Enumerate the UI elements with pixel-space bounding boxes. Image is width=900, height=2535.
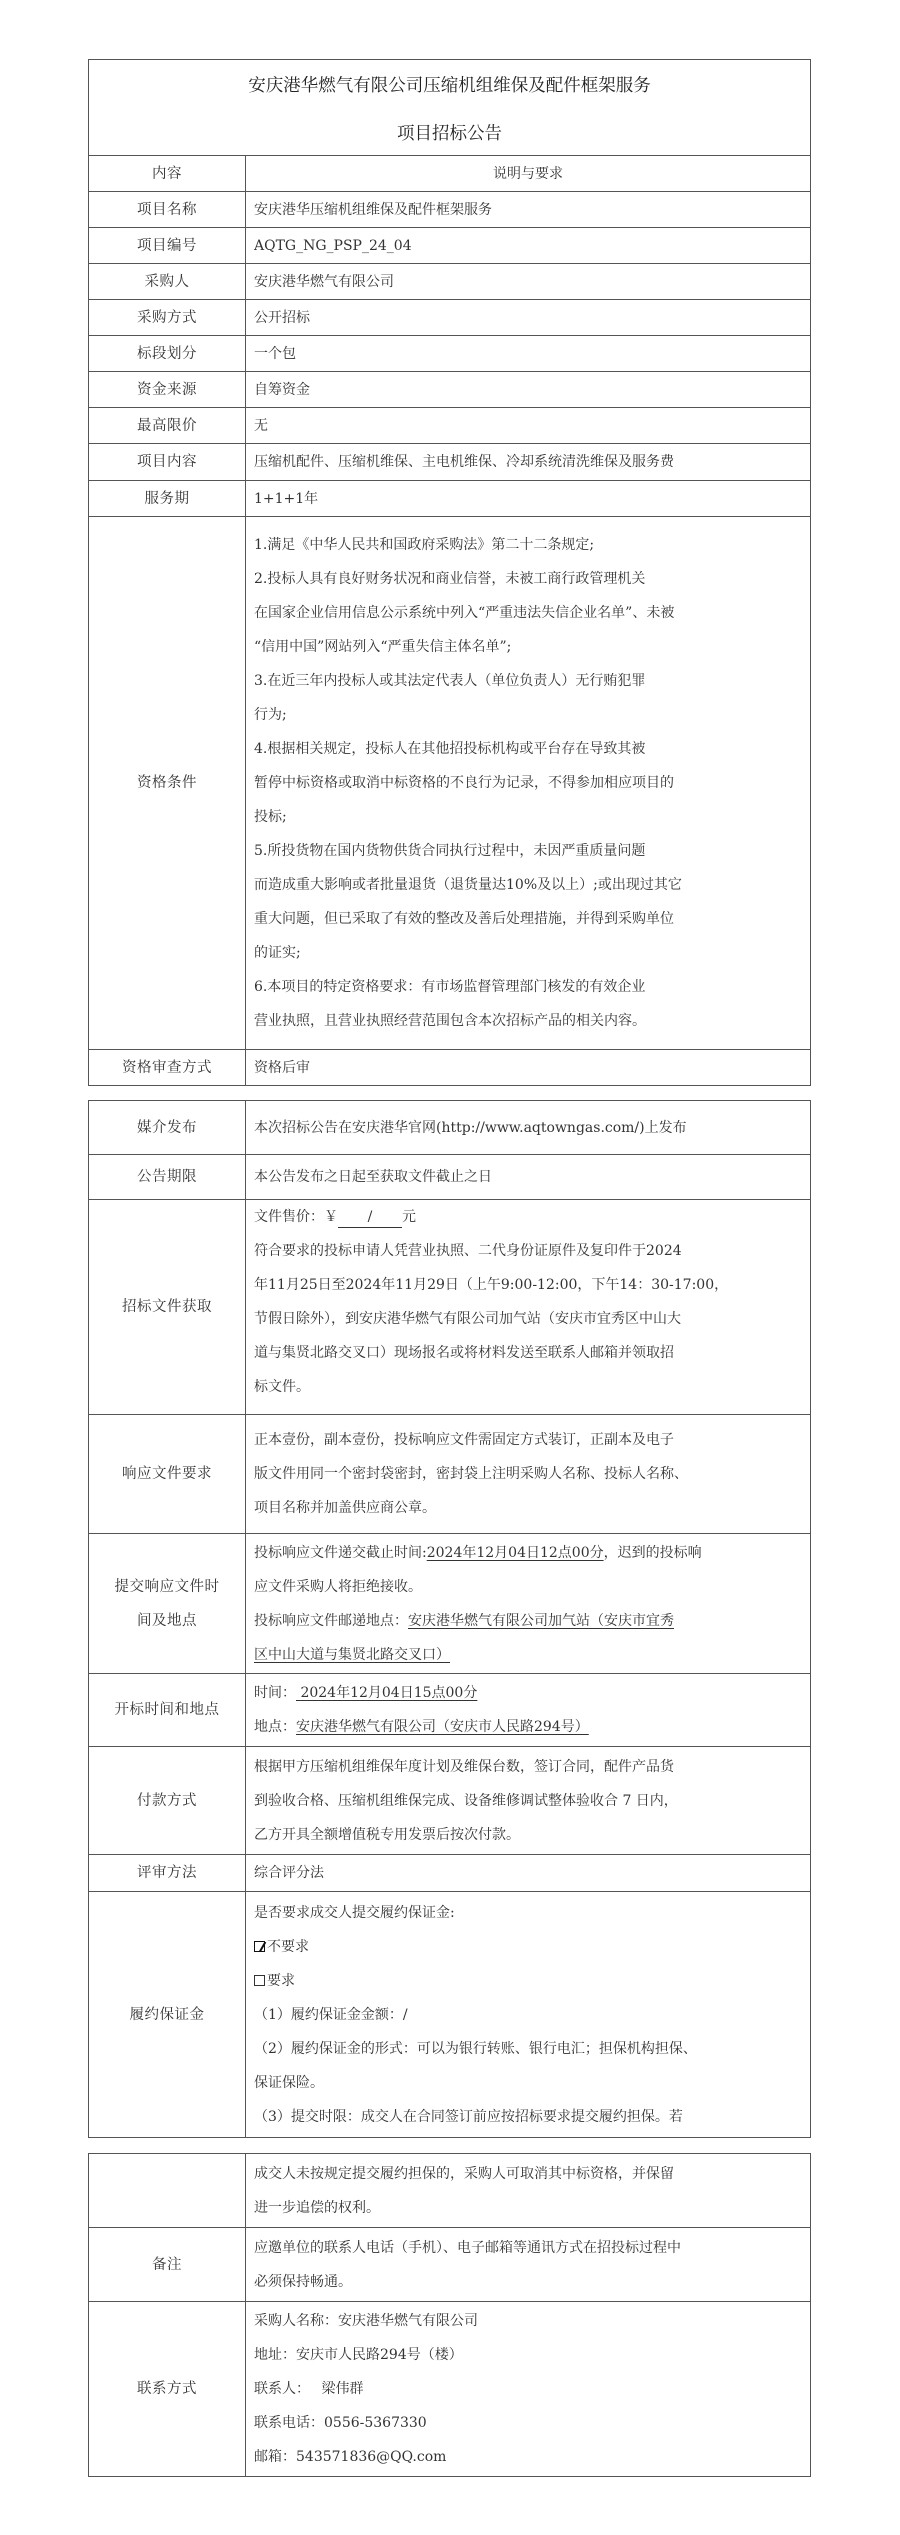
- price-blank: /: [338, 1207, 402, 1228]
- row-label: [89, 2154, 246, 2227]
- opening-time: 2024年12月04日15点00分: [296, 1685, 477, 1701]
- row-label: 采购人: [89, 264, 246, 299]
- table-row-announcement-period: 公告期限 本公告发布之日起至获取文件截止之日: [89, 1154, 810, 1199]
- title-line-2: 项目招标公告: [397, 119, 502, 149]
- row-value: 根据甲方压缩机组维保年度计划及维保台数，签订合同，配件产品货 到验收合格、压缩机…: [246, 1747, 810, 1854]
- opening-place: 安庆港华燃气有限公司（安庆市人民路294号）: [296, 1719, 589, 1735]
- row-value: 综合评分法: [246, 1855, 810, 1891]
- option-not-required[interactable]: 不要求: [254, 1930, 802, 1964]
- contact-address: 地址：安庆市人民路294号（楼）: [254, 2338, 802, 2372]
- row-label: 开标时间和地点: [89, 1674, 246, 1746]
- qualification-line: 2.投标人具有良好财务状况和商业信誉，未被工商行政管理机关: [254, 562, 802, 596]
- submission-address: 安庆港华燃气有限公司加气站（安庆市宜秀: [408, 1613, 674, 1629]
- row-label: 采购方式: [89, 300, 246, 335]
- table-row-performance-bond: 履约保证金 是否要求成交人提交履约保证金: 不要求 要求 （1）履约保证金金额：…: [89, 1891, 810, 2137]
- row-label: 媒介发布: [89, 1101, 246, 1154]
- table-row-submission: 提交响应文件时 间及地点 投标响应文件递交截止时间:2024年12月04日12点…: [89, 1533, 810, 1673]
- row-value: 安庆港华燃气有限公司: [246, 264, 810, 299]
- row-label: 招标文件获取: [89, 1200, 246, 1414]
- row-label: 资金来源: [89, 372, 246, 407]
- row-label: 联系方式: [89, 2302, 246, 2476]
- row-value: 本次招标公告在安庆港华官网(http://www.aqtowngas.com/)…: [246, 1101, 810, 1154]
- row-label: 履约保证金: [89, 1892, 246, 2137]
- qualification-line: 3.在近三年内投标人或其法定代表人（单位负责人）无行贿犯罪: [254, 664, 802, 698]
- announcement-table-3: 成交人未按规定提交履约担保的，采购人可取消其中标资格，并保留 进一步追偿的权利。…: [88, 2153, 811, 2477]
- row-value: 自筹资金: [246, 372, 810, 407]
- document-title: 安庆港华燃气有限公司压缩机组维保及配件框架服务 项目招标公告: [89, 60, 810, 155]
- table-row-fund-source: 资金来源 自筹资金: [89, 371, 810, 407]
- obtain-line: 符合要求的投标申请人凭营业执照、二代身份证原件及复印件于2024: [254, 1234, 802, 1268]
- table-row-purchaser: 采购人 安庆港华燃气有限公司: [89, 263, 810, 299]
- row-label: 付款方式: [89, 1747, 246, 1854]
- row-value: 资格后审: [246, 1050, 810, 1085]
- submission-address-cont: 区中山大道与集贤北路交叉口）: [254, 1647, 450, 1663]
- table-row-max-price: 最高限价 无: [89, 407, 810, 443]
- row-value: 成交人未按规定提交履约担保的，采购人可取消其中标资格，并保留 进一步追偿的权利。: [246, 2154, 810, 2227]
- checkbox-checked-icon[interactable]: [254, 1941, 265, 1952]
- row-value: 1+1+1年: [246, 481, 810, 516]
- row-value: 无: [246, 408, 810, 443]
- row-label: 备注: [89, 2228, 246, 2301]
- qualification-list: 1.满足《中华人民共和国政府采购法》第二十二条规定; 2.投标人具有良好财务状况…: [246, 517, 810, 1049]
- obtain-line: 标文件。: [254, 1370, 802, 1404]
- title-line-1: 安庆港华燃气有限公司压缩机组维保及配件框架服务: [248, 71, 651, 101]
- contact-email[interactable]: 邮箱：543571836@QQ.com: [254, 2440, 802, 2474]
- table-row-procurement-method: 采购方式 公开招标: [89, 299, 810, 335]
- header-description: 说明与要求: [246, 156, 810, 191]
- qualification-line: 的证实;: [254, 936, 802, 970]
- row-label: 项目编号: [89, 228, 246, 263]
- row-value: 投标响应文件递交截止时间:2024年12月04日12点00分，迟到的投标响 应文…: [246, 1534, 810, 1673]
- qualification-line: 5.所投货物在国内货物供货合同执行过程中，未因严重质量问题: [254, 834, 802, 868]
- row-label: 评审方法: [89, 1855, 246, 1891]
- row-value: 采购人名称：安庆港华燃气有限公司 地址：安庆市人民路294号（楼） 联系人： 梁…: [246, 2302, 810, 2476]
- row-label: 资格条件: [89, 517, 246, 1049]
- media-publication-text: 本次招标公告在安庆港华官网(http://www.aqtowngas.com/)…: [254, 1115, 802, 1141]
- row-label: 响应文件要求: [89, 1415, 246, 1533]
- qualification-line: 而造成重大影响或者批量退货（退货量达10%及以上）;或出现过其它: [254, 868, 802, 902]
- qualification-line: 暂停中标资格或取消中标资格的不良行为记录，不得参加相应项目的: [254, 766, 802, 800]
- row-value: 公开招标: [246, 300, 810, 335]
- header-content: 内容: [89, 156, 246, 191]
- row-label: 资格审查方式: [89, 1050, 246, 1085]
- row-value: 本公告发布之日起至获取文件截止之日: [246, 1155, 810, 1199]
- row-value: 正本壹份，副本壹份，投标响应文件需固定方式装订，正副本及电子 版文件用同一个密封…: [246, 1415, 810, 1533]
- row-value: 一个包: [246, 336, 810, 371]
- obtain-line: 年11月25日至2024年11月29日（上午9:00-12:00，下午14：30…: [254, 1268, 802, 1302]
- table-row-project-number: 项目编号 AQTG_NG_PSP_24_04: [89, 227, 810, 263]
- title-row: 安庆港华燃气有限公司压缩机组维保及配件框架服务 项目招标公告: [89, 60, 810, 155]
- table-row-qualification-review: 资格审查方式 资格后审: [89, 1049, 810, 1085]
- table-row-project-content: 项目内容 压缩机配件、压缩机维保、主电机维保、冷却系统清洗维保及服务费: [89, 443, 810, 480]
- table-row-response-requirements: 响应文件要求 正本壹份，副本壹份，投标响应文件需固定方式装订，正副本及电子 版文…: [89, 1414, 810, 1533]
- obtain-line: 道与集贤北路交叉口）现场报名或将材料发送至联系人邮箱并领取招: [254, 1336, 802, 1370]
- table-row-payment: 付款方式 根据甲方压缩机组维保年度计划及维保台数，签订合同，配件产品货 到验收合…: [89, 1746, 810, 1854]
- qualification-line: 行为;: [254, 698, 802, 732]
- qualification-line: 投标;: [254, 800, 802, 834]
- announcement-table-1: 安庆港华燃气有限公司压缩机组维保及配件框架服务 项目招标公告 内容 说明与要求 …: [88, 59, 811, 1086]
- table-row-document-obtain: 招标文件获取 文件售价：￥/元 符合要求的投标申请人凭营业执照、二代身份证原件及…: [89, 1199, 810, 1414]
- header-row: 内容 说明与要求: [89, 155, 810, 191]
- qualification-line: 6.本项目的特定资格要求：有市场监督管理部门核发的有效企业: [254, 970, 802, 1004]
- row-label: 公告期限: [89, 1155, 246, 1199]
- row-value: 应邀单位的联系人电话（手机）、电子邮箱等通讯方式在招投标过程中 必须保持畅通。: [246, 2228, 810, 2301]
- qualification-line: 4.根据相关规定，投标人在其他招投标机构或平台存在导致其被: [254, 732, 802, 766]
- table-row-lot-division: 标段划分 一个包: [89, 335, 810, 371]
- row-label: 服务期: [89, 481, 246, 516]
- table-row-contact: 联系方式 采购人名称：安庆港华燃气有限公司 地址：安庆市人民路294号（楼） 联…: [89, 2301, 810, 2476]
- row-label: 最高限价: [89, 408, 246, 443]
- table-row-opening: 开标时间和地点 时间： 2024年12月04日15点00分 地点：安庆港华燃气有…: [89, 1673, 810, 1746]
- row-value: 文件售价：￥/元 符合要求的投标申请人凭营业执照、二代身份证原件及复印件于202…: [246, 1200, 810, 1414]
- row-label: 项目名称: [89, 192, 246, 227]
- qualification-line: 重大问题，但已采取了有效的整改及善后处理措施，并得到采购单位: [254, 902, 802, 936]
- submission-deadline: 2024年12月04日12点00分: [427, 1545, 604, 1561]
- table-row-project-name: 项目名称 安庆港华压缩机组维保及配件框架服务: [89, 191, 810, 227]
- row-label: 提交响应文件时 间及地点: [89, 1534, 246, 1673]
- table-row-media: 媒介发布 本次招标公告在安庆港华官网(http://www.aqtowngas.…: [89, 1101, 810, 1154]
- row-value: 是否要求成交人提交履约保证金: 不要求 要求 （1）履约保证金金额：/ （2）履…: [246, 1892, 810, 2137]
- contact-person: 联系人： 梁伟群: [254, 2372, 802, 2406]
- document-price: 文件售价：￥/元: [254, 1200, 802, 1234]
- row-value: 时间： 2024年12月04日15点00分 地点：安庆港华燃气有限公司（安庆市人…: [246, 1674, 810, 1746]
- row-value: 安庆港华压缩机组维保及配件框架服务: [246, 192, 810, 227]
- qualification-line: “信用中国”网站列入“严重失信主体名单”;: [254, 630, 802, 664]
- table-row-bond-continuation: 成交人未按规定提交履约担保的，采购人可取消其中标资格，并保留 进一步追偿的权利。: [89, 2154, 810, 2227]
- qualification-line: 营业执照，且营业执照经营范围包含本次招标产品的相关内容。: [254, 1004, 802, 1038]
- contact-phone: 联系电话：0556-5367330: [254, 2406, 802, 2440]
- qualification-line: 1.满足《中华人民共和国政府采购法》第二十二条规定;: [254, 528, 802, 562]
- row-value: 压缩机配件、压缩机维保、主电机维保、冷却系统清洗维保及服务费: [246, 444, 810, 480]
- contact-purchaser: 采购人名称：安庆港华燃气有限公司: [254, 2304, 802, 2338]
- obtain-line: 节假日除外），到安庆港华燃气有限公司加气站（安庆市宜秀区中山大: [254, 1302, 802, 1336]
- table-row-service-period: 服务期 1+1+1年: [89, 480, 810, 516]
- qualification-line: 在国家企业信用信息公示系统中列入“严重违法失信企业名单”、未被: [254, 596, 802, 630]
- table-row-remarks: 备注 应邀单位的联系人电话（手机）、电子邮箱等通讯方式在招投标过程中 必须保持畅…: [89, 2227, 810, 2301]
- table-row-qualification: 资格条件 1.满足《中华人民共和国政府采购法》第二十二条规定; 2.投标人具有良…: [89, 516, 810, 1049]
- row-label: 项目内容: [89, 444, 246, 480]
- option-required[interactable]: 要求: [254, 1964, 802, 1998]
- row-value: AQTG_NG_PSP_24_04: [246, 228, 810, 263]
- checkbox-empty-icon[interactable]: [254, 1975, 265, 1986]
- table-row-evaluation: 评审方法 综合评分法: [89, 1854, 810, 1891]
- row-label: 标段划分: [89, 336, 246, 371]
- announcement-table-2: 媒介发布 本次招标公告在安庆港华官网(http://www.aqtowngas.…: [88, 1100, 811, 2138]
